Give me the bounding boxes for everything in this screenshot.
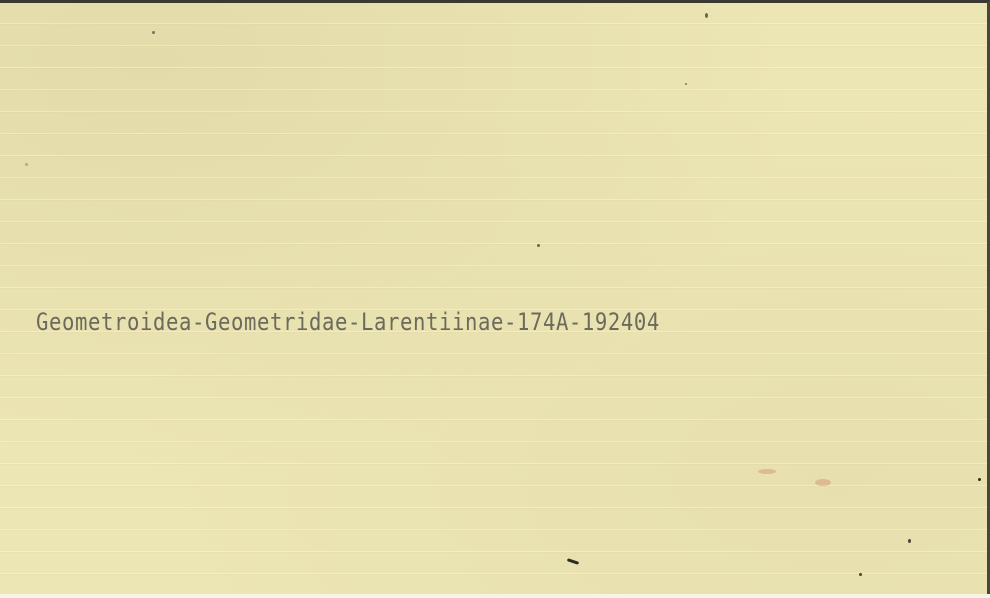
rust-stain [25, 163, 28, 166]
ink-speck [978, 478, 981, 481]
rust-stain [815, 479, 831, 486]
taxonomy-label: Geometroidea-Geometridae-Larentiinae-174… [36, 308, 660, 336]
ink-speck [152, 31, 155, 34]
ink-speck [537, 244, 540, 247]
index-card: Geometroidea-Geometridae-Larentiinae-174… [0, 0, 990, 594]
ink-speck [685, 83, 687, 85]
ink-speck [705, 13, 708, 18]
ink-mark [567, 558, 579, 565]
ink-speck [908, 539, 911, 543]
card-bottom-edge [0, 594, 990, 598]
rust-stain [758, 469, 776, 474]
ink-speck [859, 573, 862, 576]
